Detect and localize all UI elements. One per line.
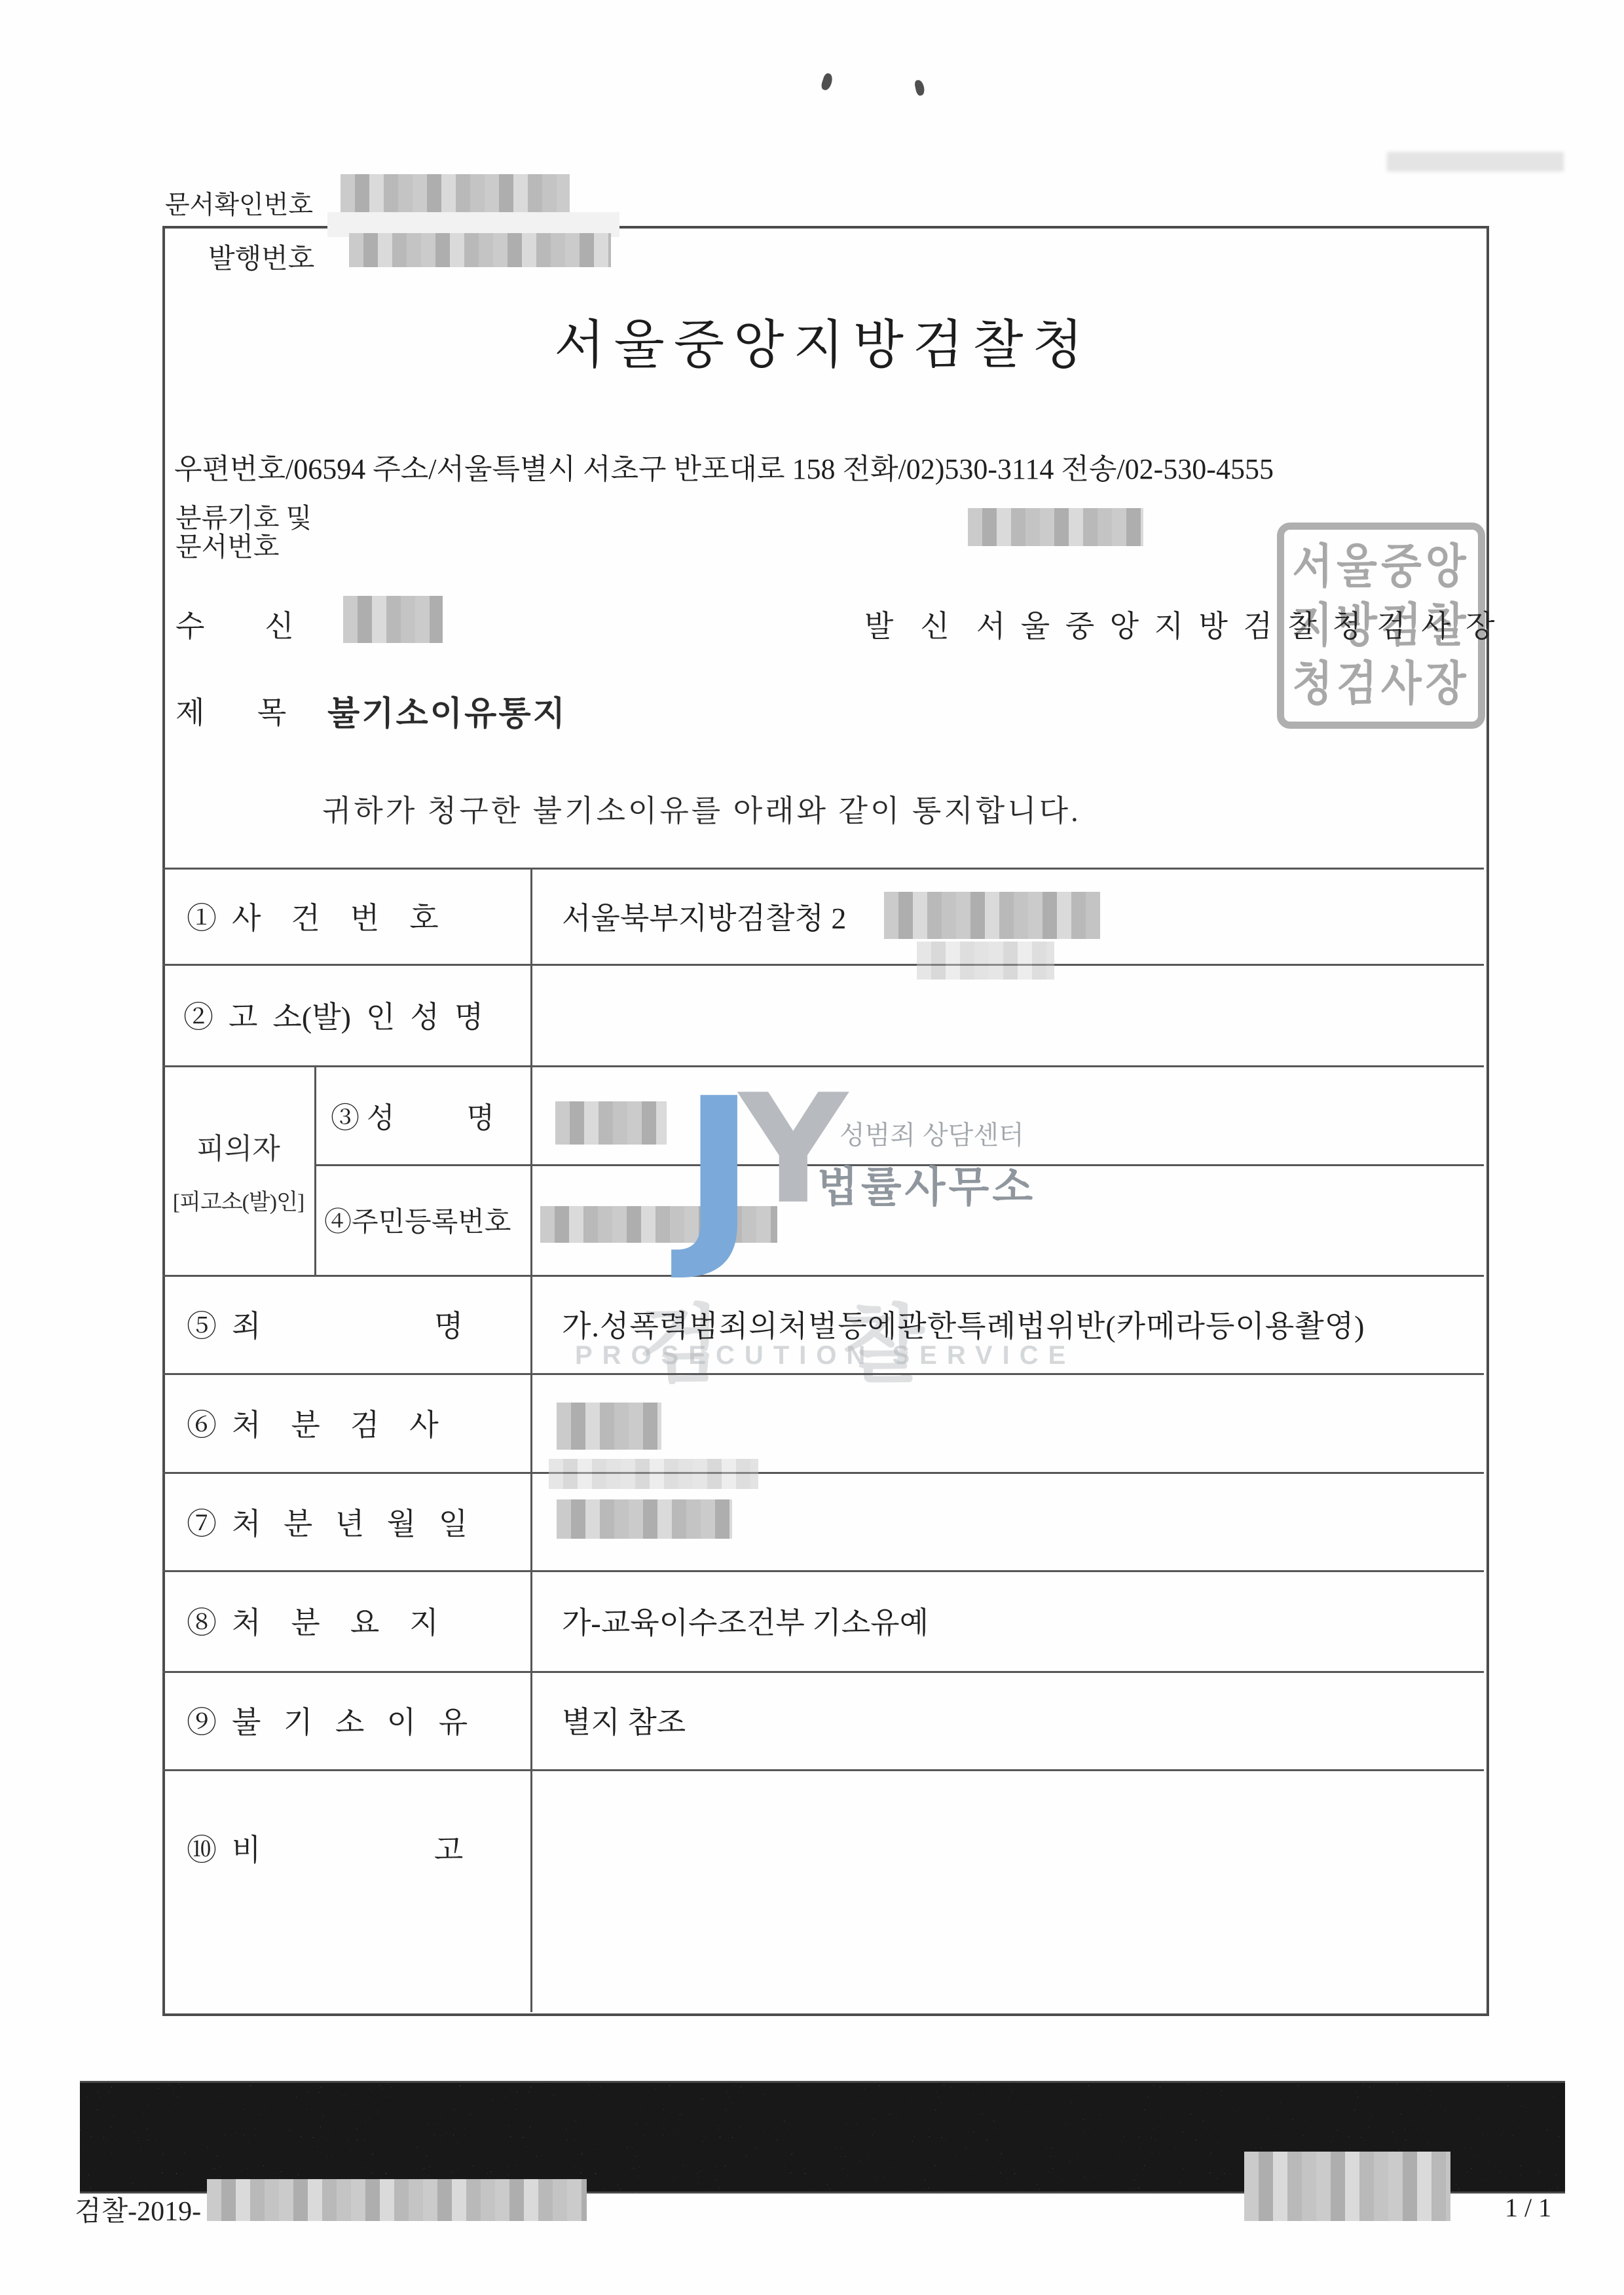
case-number-redacted [884, 892, 1100, 939]
footer-page-indicator: 1 / 1 [1505, 2192, 1551, 2223]
disposal-date-redacted [557, 1499, 732, 1539]
row-complainant-label: ② 고 소(발) 인 성 명 [183, 964, 483, 1065]
table-line [530, 868, 532, 2012]
office-title: 서울중앙지방검찰청 [162, 303, 1484, 378]
class-no-redacted-value [968, 508, 1143, 546]
law-office-logo-j: J [682, 1073, 756, 1269]
row-case-number-value: 서울북부지방검찰청 2 [562, 868, 846, 964]
row-disposal-summary-value: 가-교육이수조건부 기소유예 [562, 1570, 929, 1671]
suspect-label-line2: [피고소(발)인] [173, 1184, 304, 1216]
footer-redacted-right [1244, 2152, 1450, 2221]
seal-text-row: 청검사장 [1292, 661, 1469, 708]
issue-no-redacted-value [349, 233, 611, 267]
table-line [314, 1065, 316, 1275]
sender-line: 발 신 서 울 중 앙 지 방 검 찰 청 검 사 장 [864, 602, 1499, 646]
footer-redacted-left [207, 2179, 587, 2221]
row-case-number-label: ① 사 건 번 호 [187, 868, 439, 964]
receiver-redacted-value [343, 596, 443, 643]
prosecutor-redacted [557, 1403, 661, 1450]
notice-sentence: 귀하가 청구한 불기소이유를 아래와 같이 통지합니다. [322, 787, 1081, 830]
prosecutor-redacted-faint [549, 1459, 758, 1489]
scanned-document-page: 문서확인번호 발행번호 서울중앙지방검찰청 우편번호/06594 주소/서울특별… [0, 0, 1624, 2295]
row-prosecutor-label: ⑥ 처 분 검 사 [187, 1373, 439, 1472]
suspect-label-line1: 피의자 [196, 1125, 280, 1167]
law-office-watermark-line1: 성범죄 상담센터 [840, 1114, 1024, 1152]
suspect-name-redacted [555, 1101, 667, 1145]
doc-confirm-redacted-value [341, 174, 570, 212]
subject-label: 제 목 [175, 689, 286, 732]
doc-confirm-label: 문서확인번호 [165, 185, 313, 221]
scan-speck-left [820, 72, 834, 91]
row-remarks-label: ⑩ 비 고 [187, 1769, 463, 1926]
row-suspect-name-label: ③ 성 명 [331, 1065, 494, 1164]
receiver-label: 수 신 [175, 602, 294, 646]
suspect-group-label: 피의자 [피고소(발)인] [162, 1065, 314, 1275]
row-offense-value: 가.성폭력범죄의처벌등에관한특례법위반(카메라등이용촬영) [562, 1275, 1365, 1373]
row-disposal-summary-label: ⑧ 처 분 요 지 [187, 1570, 439, 1671]
law-office-watermark-line2: 법률사무소 [817, 1154, 1036, 1214]
row-offense-label: ⑤ 죄 명 [187, 1275, 463, 1373]
seal-text-row: 서울중앙 [1292, 543, 1469, 591]
footer-doc-code: 검찰-2019- [75, 2190, 201, 2229]
row-disposal-date-label: ⑦ 처 분 년 월 일 [187, 1472, 468, 1571]
scan-speck-right [914, 79, 926, 96]
issue-no-label: 발행번호 [208, 237, 314, 276]
subject-value: 불기소이유통지 [327, 686, 567, 735]
class-no-label-line2: 문서번호 [175, 525, 279, 564]
row-nonprosecution-reason-value: 별지 참조 [562, 1671, 686, 1769]
row-nonprosecution-reason-label: ⑨ 불 기 소 이 유 [187, 1671, 468, 1769]
case-number-redacted-faint [917, 942, 1054, 980]
row-resident-id-label: ④주민등록번호 [324, 1164, 511, 1275]
scan-smudge-top-right [1387, 152, 1564, 172]
office-address-line: 우편번호/06594 주소/서울특별시 서초구 반포대로 158 전화/02)5… [174, 445, 1274, 487]
